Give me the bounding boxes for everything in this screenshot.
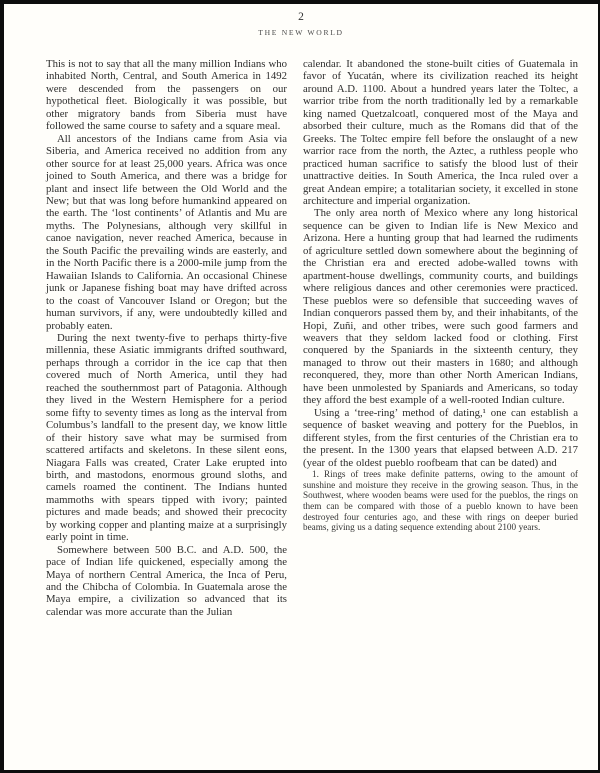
footnote: 1. Rings of trees make definite patterns… <box>303 469 578 533</box>
left-column: This is not to say that all the many mil… <box>46 58 287 618</box>
paragraph: This is not to say that all the many mil… <box>46 58 287 133</box>
page-header: 2 THE NEW WORLD <box>4 4 598 37</box>
paragraph: The only area north of Mexico where any … <box>303 207 578 406</box>
paragraph: Somewhere between 500 B.C. and A.D. 500,… <box>46 544 287 619</box>
paragraph: calendar. It abandoned the stone-built c… <box>303 58 578 207</box>
right-column: calendar. It abandoned the stone-built c… <box>303 58 578 618</box>
paragraph: All ancestors of the Indians came from A… <box>46 133 287 332</box>
running-title: THE NEW WORLD <box>4 28 598 37</box>
page-number: 2 <box>4 11 598 24</box>
text-columns: This is not to say that all the many mil… <box>4 37 598 618</box>
scanned-book-page: 2 THE NEW WORLD This is not to say that … <box>0 0 600 773</box>
paragraph: Using a ‘tree-ring’ method of dating,¹ o… <box>303 407 578 469</box>
paragraph: During the next twenty-five to perhaps t… <box>46 332 287 544</box>
